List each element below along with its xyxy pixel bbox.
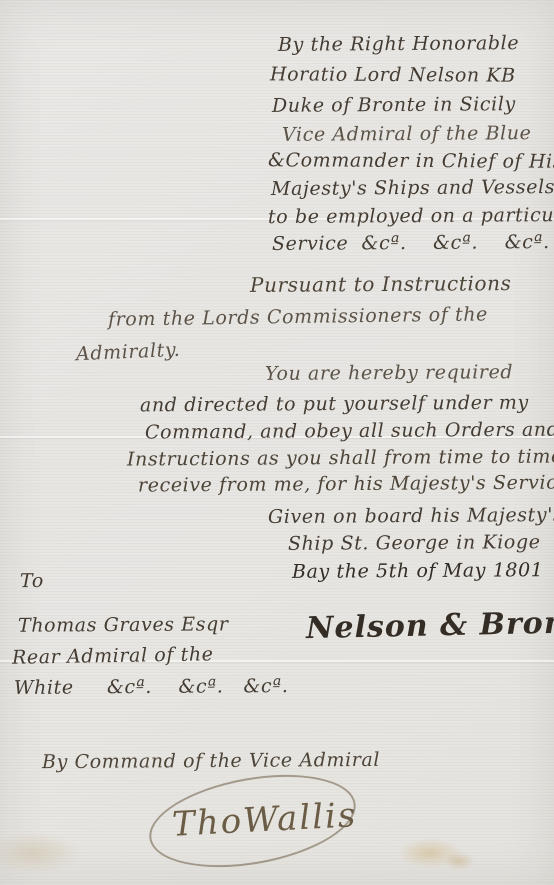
nelson-signature: Nelson & Bronte <box>306 605 554 646</box>
heading-line: to be employed on a particular <box>268 204 554 228</box>
paper-stain <box>444 852 474 870</box>
heading-line: By the Right Honorable <box>278 32 519 56</box>
dateline-line: Given on board his Majesty's <box>268 504 554 528</box>
heading-line: Service &cª. &cª. &cª. <box>272 231 550 255</box>
address-line: Thomas Graves Esqr <box>18 613 229 636</box>
heading-line: Vice Admiral of the Blue <box>282 122 532 146</box>
address-line: White &cª. &cª. &cª. <box>14 675 289 699</box>
heading-line: &Commander in Chief of His <box>268 149 554 173</box>
body-line: from the Lords Commissioners of the <box>108 303 488 330</box>
heading-line: Majesty's Ships and Vessels <box>271 176 554 200</box>
dateline-line: Bay the 5th of May 1801 <box>292 559 544 583</box>
by-command-line: By Command of the Vice Admiral <box>42 749 380 773</box>
dateline-line: Ship St. George in Kioge <box>288 531 541 555</box>
paper-stain <box>0 832 81 874</box>
heading-line: Duke of Bronte in Sicily <box>272 93 516 117</box>
manuscript-page: By the Right Honorable Horatio Lord Nels… <box>0 0 554 885</box>
address-line: Rear Admiral of the <box>12 643 214 669</box>
body-line: and directed to put yourself under my <box>140 392 529 417</box>
address-salutation: To <box>20 570 44 592</box>
body-line: receive from me, for his Majesty's Servi… <box>138 471 554 496</box>
body-line: Command, and obey all such Orders and <box>145 419 554 444</box>
body-line: Instructions as you shall from time to t… <box>127 445 554 470</box>
body-line: You are hereby required <box>265 361 513 385</box>
body-line: Admiralty. <box>76 339 181 366</box>
heading-line: Horatio Lord Nelson KB <box>270 63 516 86</box>
body-line: Pursuant to Instructions <box>250 271 512 297</box>
